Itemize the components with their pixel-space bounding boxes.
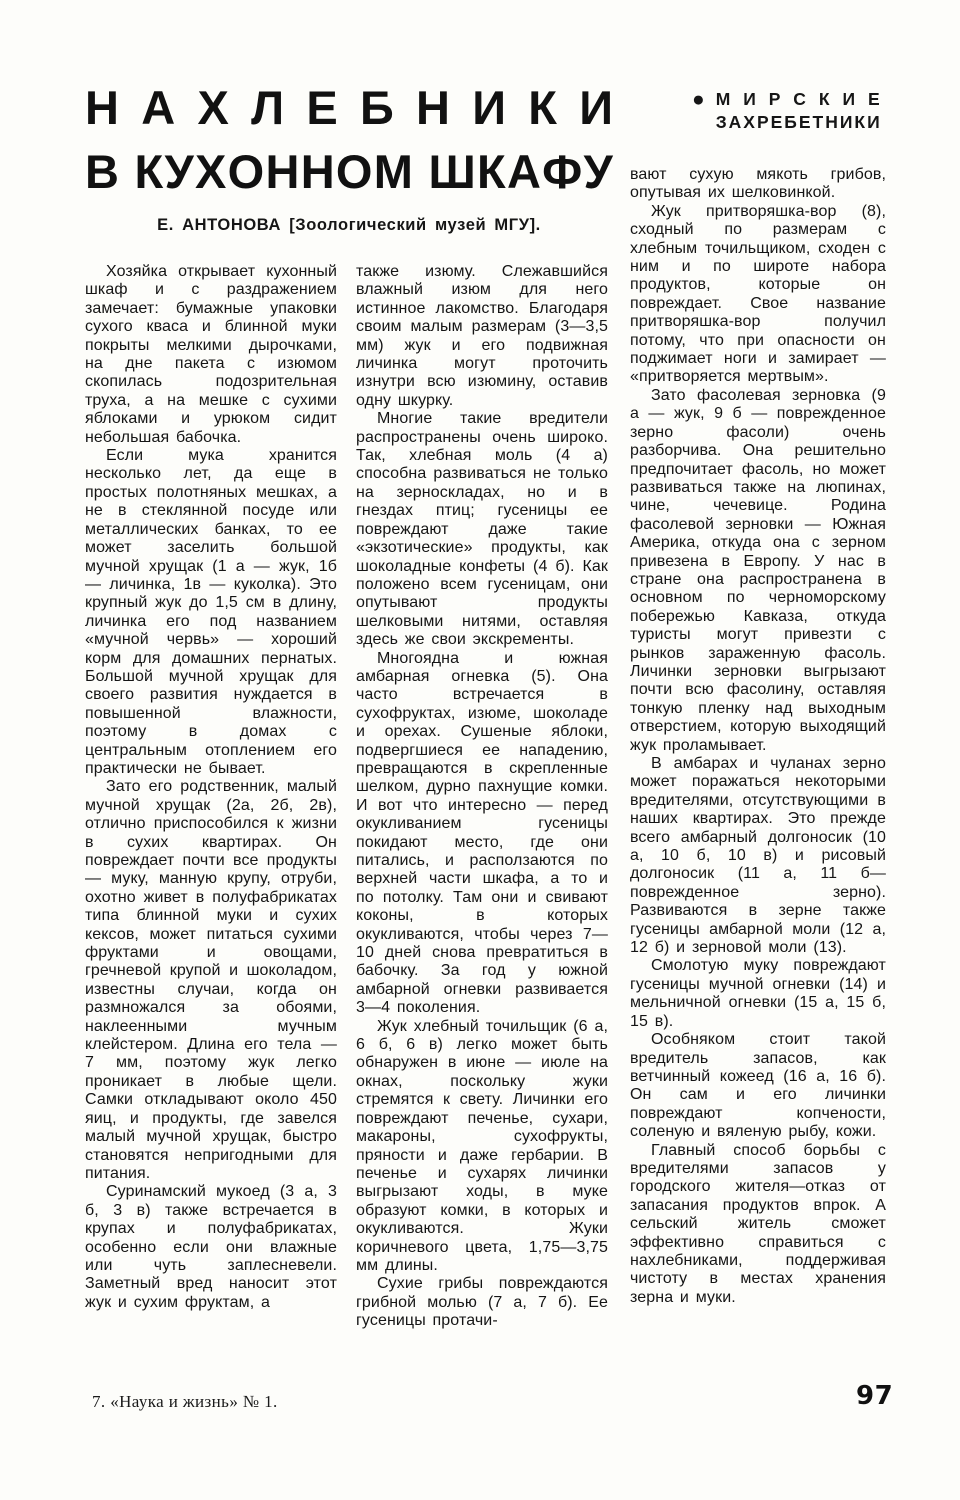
footer-imprint: 7. «Наука и жизнь» № 1. <box>92 1392 278 1412</box>
article-title-line1: НАХЛЕБНИКИ <box>85 76 613 140</box>
article-byline: Е. АНТОНОВА [Зоологический музей МГУ]. <box>85 216 613 235</box>
text-column-3: вают сухую мякоть грибов, опутывая их ше… <box>630 166 886 1376</box>
paragraph: Если мука хранится несколько лет, да еще… <box>85 447 337 778</box>
paragraph: Сухие грибы повреждаются грибной молью (… <box>356 1275 608 1330</box>
paragraph: Многие такие вредители распространены оч… <box>356 410 608 649</box>
paragraph: Смолотую муку повреждают гусеницы мучной… <box>630 957 886 1031</box>
rubric-title: МИРСКИЕ ЗАХРЕБЕТНИКИ <box>716 88 880 134</box>
article-title: НАХЛЕБНИКИ В КУХОННОМ ШКАФУ <box>85 76 613 204</box>
paragraph: вают сухую мякоть грибов, опутывая их ше… <box>630 166 886 203</box>
paragraph: Зато фасолевая зерновка (9 а — жук, 9 б … <box>630 387 886 755</box>
paragraph: Главный способ борьбы с вредителями запа… <box>630 1142 886 1308</box>
paragraph: Особняком стоит такой вредитель запасов,… <box>630 1031 886 1141</box>
rubric-header: ● МИРСКИЕ ЗАХРЕБЕТНИКИ <box>692 88 880 134</box>
paragraph: также изюму. Слежавшийся влажный изюм дл… <box>356 263 608 410</box>
text-column-2: также изюму. Слежавшийся влажный изюм дл… <box>356 263 608 1375</box>
article-title-line2: В КУХОННОМ ШКАФУ <box>85 140 613 204</box>
paragraph: Зато его родственник, малый мучной хруща… <box>85 778 337 1183</box>
paragraph: В амбарах и чуланах зерно может поражать… <box>630 755 886 957</box>
paragraph: Жук притворяшка-вор (8), сходный по разм… <box>630 203 886 387</box>
magazine-page: НАХЛЕБНИКИ В КУХОННОМ ШКАФУ Е. АНТОНОВА … <box>0 0 960 1500</box>
paragraph: Суринамский мукоед (3 а, 3 б, 3 в) также… <box>85 1183 337 1312</box>
text-column-1: Хозяйка открывает кухонный шкаф и с разд… <box>85 263 337 1375</box>
paragraph: Жук хлебный точильщик (6 а, 6 б, 6 в) ле… <box>356 1018 608 1276</box>
bullet-icon: ● <box>692 88 705 112</box>
paragraph: Многоядна и южная амбарная огневка (5). … <box>356 650 608 1018</box>
rubric-title-line1: МИРСКИЕ <box>716 88 880 111</box>
page-number: 97 <box>856 1381 893 1411</box>
paragraph: Хозяйка открывает кухонный шкаф и с разд… <box>85 263 337 447</box>
rubric-title-line2: ЗАХРЕБЕТНИКИ <box>716 111 880 134</box>
